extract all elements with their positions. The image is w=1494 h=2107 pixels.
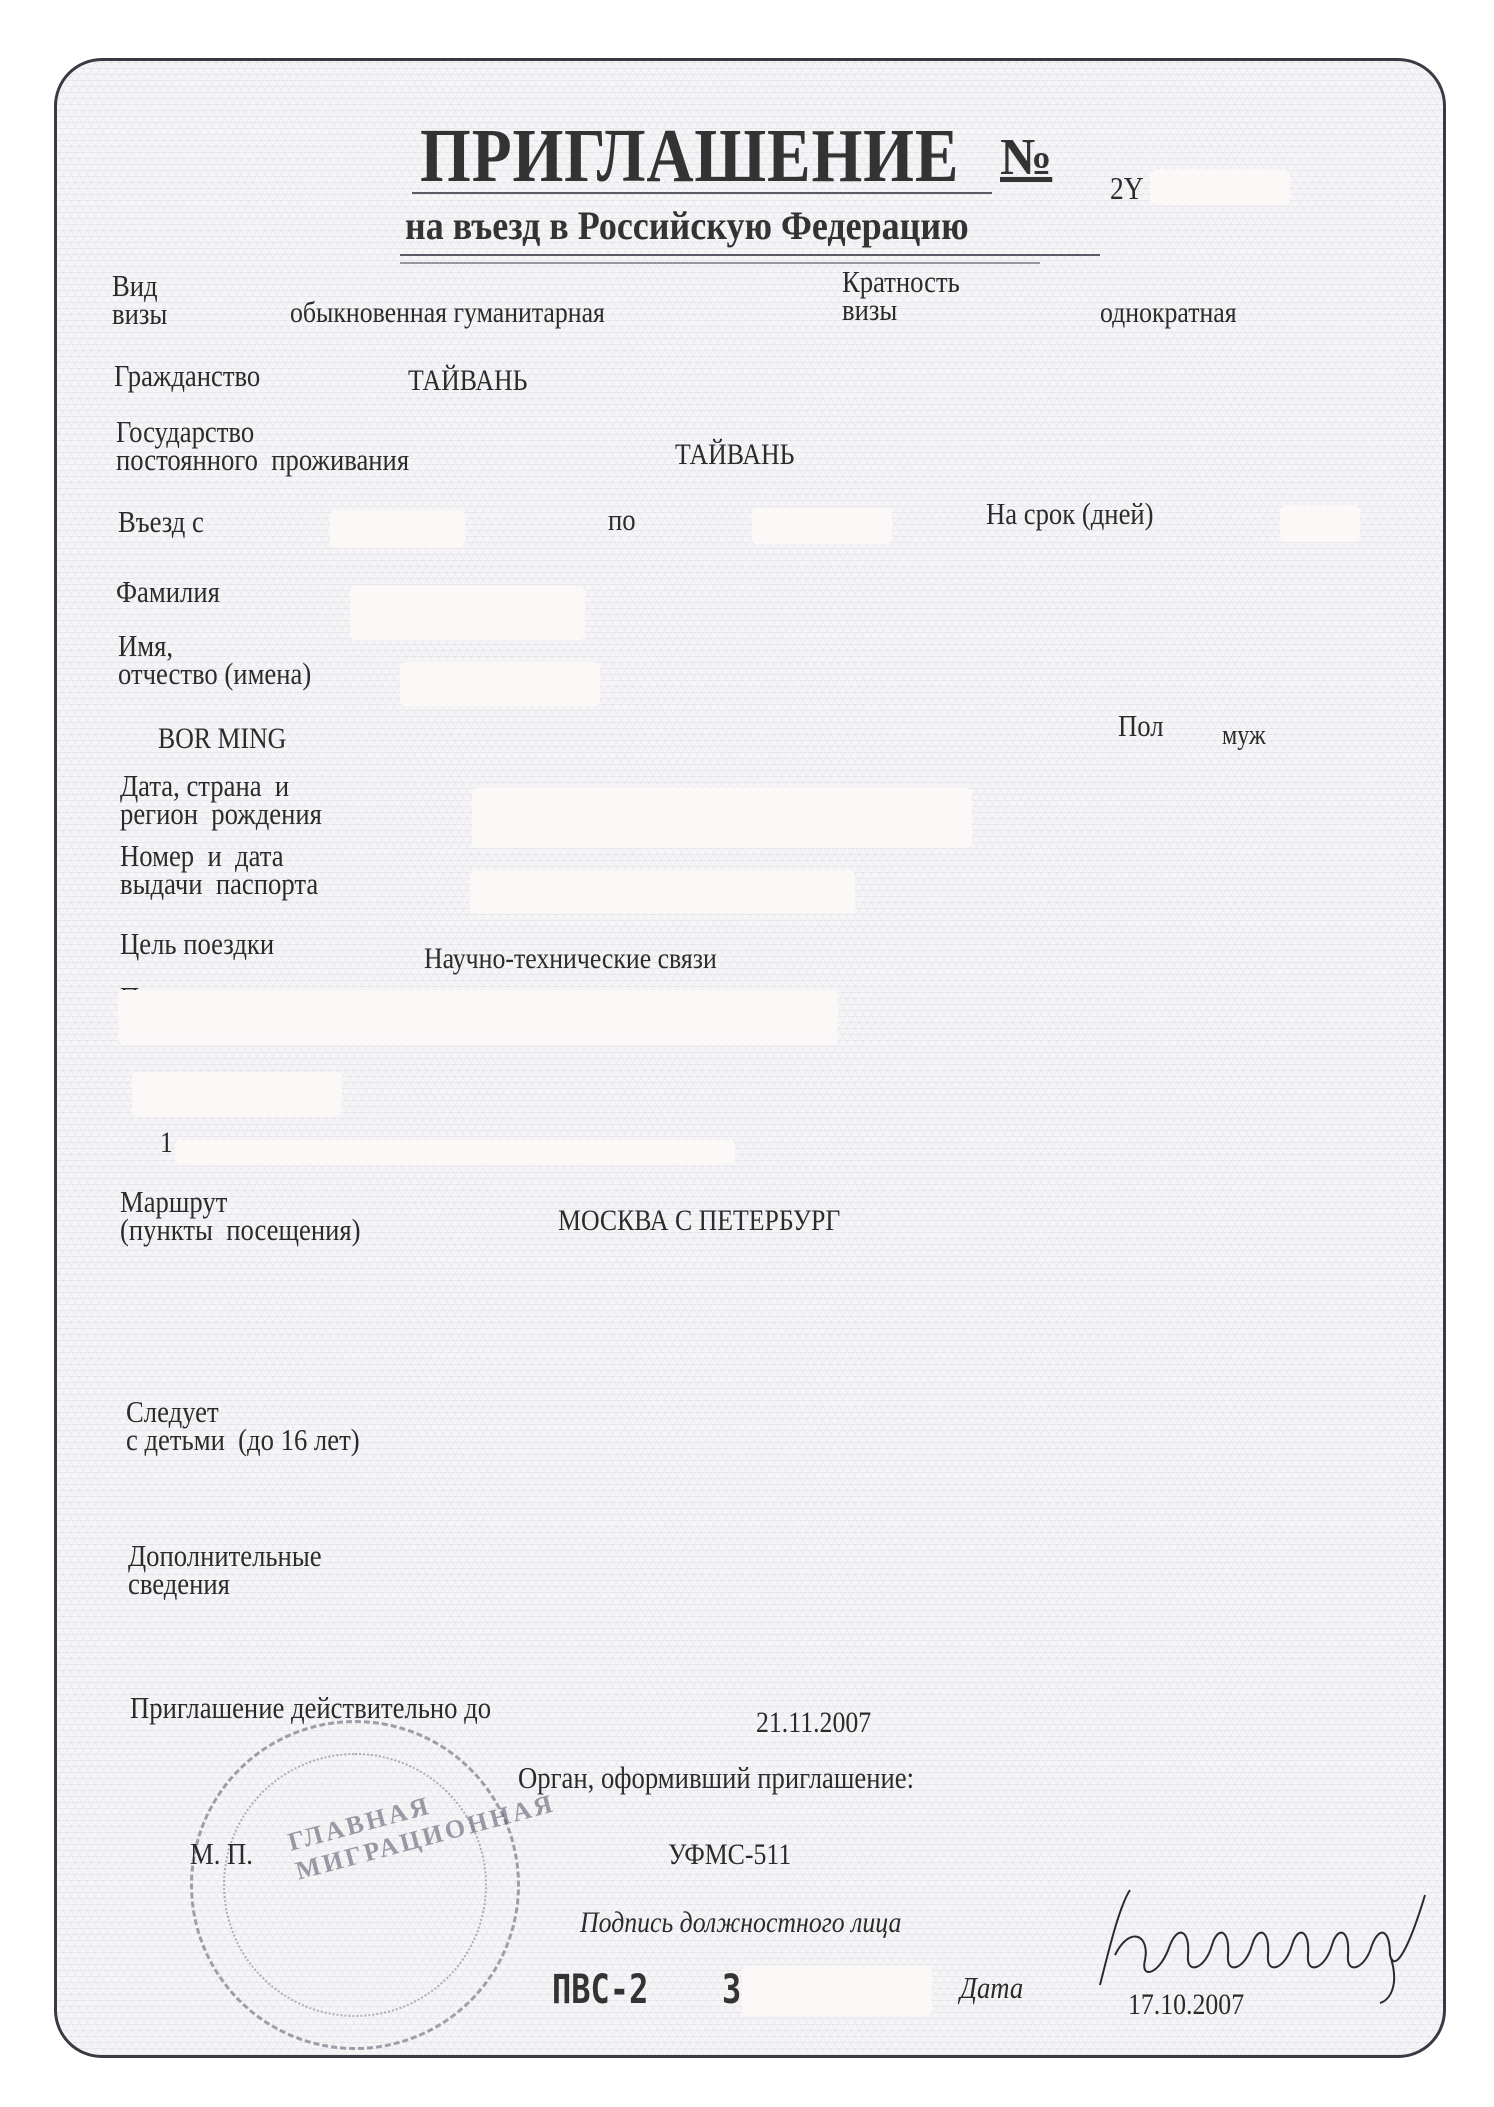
sex-label: Пол — [1118, 710, 1164, 741]
redacted-duration — [1280, 506, 1360, 542]
birth-info-label: Дата, страна и регион рождения — [120, 772, 322, 828]
signature-icon — [1090, 1885, 1440, 2005]
redacted-given-names-line1 — [400, 662, 600, 706]
additional-info-label: Дополнительные сведения — [128, 1542, 322, 1598]
redacted-invitation-number — [1150, 170, 1290, 204]
invitation-number: 2Y — [1110, 172, 1144, 204]
valid-until-value: 21.11.2007 — [756, 1708, 871, 1738]
duration-label: На срок (дней) — [986, 498, 1154, 529]
redacted-form-serial — [742, 1966, 932, 2016]
route-label: Маршрут (пункты посещения) — [120, 1188, 361, 1244]
trip-purpose-label: Цель поездки — [120, 928, 274, 959]
residence-label: Государство постоянного проживания — [116, 418, 409, 474]
redacted-inviting-org-line3 — [132, 1072, 342, 1116]
redacted-surname — [350, 586, 585, 640]
document-title: ПРИГЛАШЕНИЕ — [420, 118, 959, 194]
valid-until-label: Приглашение действительно до — [130, 1692, 491, 1723]
seal-place-label: М. П. — [190, 1838, 253, 1869]
visa-type-label: Вид визы — [112, 272, 167, 328]
entry-from-label: Въезд с — [118, 506, 204, 537]
document-subtitle: на въезд в Российскую Федерацию — [405, 206, 969, 246]
subtitle-underline — [400, 254, 1100, 256]
visa-type-value: обыкновенная гуманитарная — [290, 298, 605, 328]
redacted-inviting-org-address — [175, 1140, 735, 1164]
visa-multiplicity-label: Кратность визы — [842, 268, 960, 324]
redacted-inviting-org-line2 — [118, 1030, 838, 1044]
residence-value: ТАЙВАНЬ — [675, 440, 794, 470]
entry-to-label: по — [608, 504, 636, 535]
redacted-entry-to — [752, 508, 892, 544]
children-label: Следует с детьми (до 16 лет) — [126, 1398, 360, 1454]
issuing-authority-value: УФМС-511 — [668, 1840, 791, 1870]
passport-label: Номер и дата выдачи паспорта — [120, 842, 318, 898]
given-names-label: Имя, отчество (имена) — [118, 632, 311, 688]
form-code: ПВС-2 — [552, 1970, 648, 2010]
date-value: 17.10.2007 — [1128, 1990, 1244, 2020]
number-sign: № — [1000, 132, 1052, 184]
sex-value: муж — [1222, 722, 1266, 750]
official-stamp: ГЛАВНАЯ МИГРАЦИОННАЯ — [190, 1720, 520, 2050]
given-names-value: BOR MING — [158, 724, 286, 754]
redacted-inviting-org-line1 — [118, 990, 838, 1032]
redacted-birth-info — [472, 788, 972, 848]
redacted-entry-from — [330, 510, 465, 548]
route-value: МОСКВА С ПЕТЕРБУРГ — [558, 1206, 840, 1236]
citizenship-value: ТАЙВАНЬ — [408, 366, 527, 396]
inviting-org-address-prefix: 1 — [160, 1128, 173, 1158]
redacted-passport — [470, 870, 855, 914]
form-serial-prefix: 3 — [722, 1970, 741, 2010]
signature-label: Подпись должностного лица — [580, 1908, 901, 1938]
citizenship-label: Гражданство — [114, 360, 260, 391]
issuing-authority-label: Орган, оформивший приглашение: — [518, 1762, 914, 1793]
trip-purpose-value: Научно-технические связи — [424, 944, 717, 974]
date-label: Дата — [960, 1972, 1023, 2003]
visa-multiplicity-value: однократная — [1100, 298, 1237, 328]
surname-label: Фамилия — [116, 576, 220, 607]
title-underline — [412, 192, 992, 194]
